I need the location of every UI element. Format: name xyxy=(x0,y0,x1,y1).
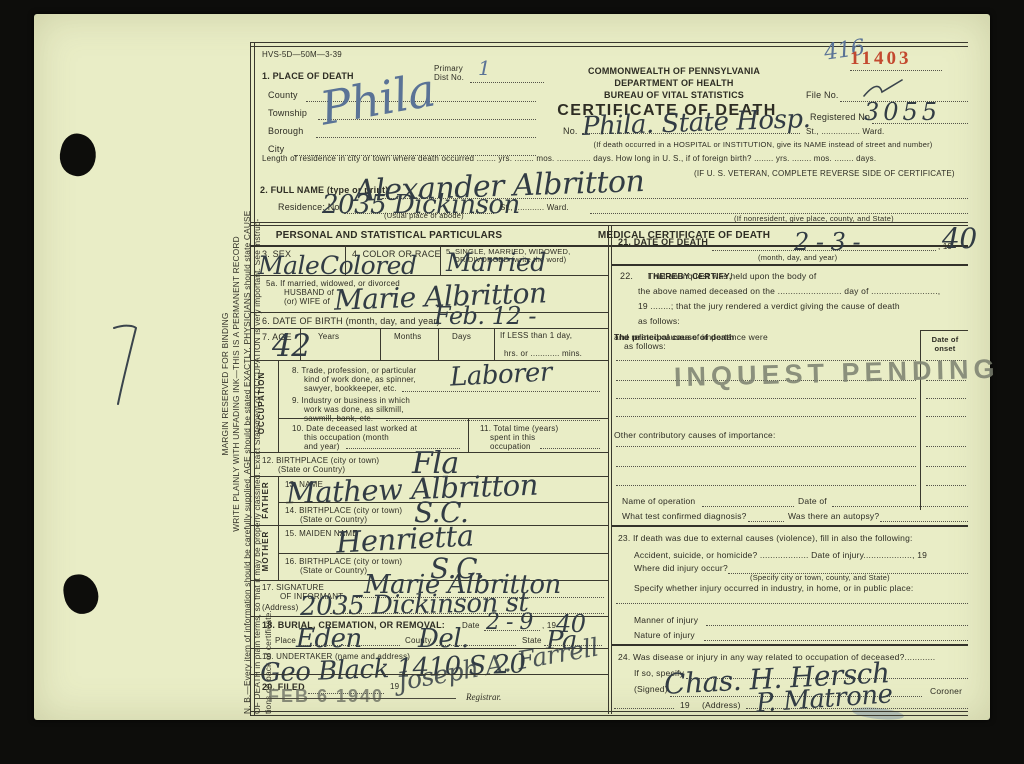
abode-note: (Usual place of abode) xyxy=(384,211,464,220)
rule xyxy=(470,82,544,83)
rule xyxy=(612,644,968,646)
primary-dist-label: Primary xyxy=(434,64,463,73)
margin-note-line: WRITE PLAINLY WITH UNFADING INK—THIS IS … xyxy=(231,54,242,714)
death-date-year-value: 40 xyxy=(942,222,977,255)
column-divider xyxy=(608,225,609,714)
rule xyxy=(278,476,279,525)
rule xyxy=(494,328,495,360)
age-years-value: 42 xyxy=(272,328,310,364)
rule xyxy=(438,328,439,360)
external-line3: Specify whether injury occurred in indus… xyxy=(634,583,914,593)
rule xyxy=(468,418,469,452)
father-birthplace-label2: (State or Country) xyxy=(300,515,367,524)
onset-label1: Date of xyxy=(922,335,968,344)
birthplace-label1: 12. BIRTHPLACE (city or town) xyxy=(262,456,379,465)
external-line1: Accident, suicide, or homicide? ........… xyxy=(634,550,927,560)
rule xyxy=(250,225,968,226)
registered-no-value: 3055 xyxy=(864,98,941,126)
rule xyxy=(616,398,916,399)
rule xyxy=(832,506,968,507)
total-time-label2: spent in this xyxy=(490,433,535,442)
certify-rest: That an inquest was held upon the body o… xyxy=(648,271,816,281)
contributory-label: Other contributory causes of importance: xyxy=(614,430,776,440)
margin-note-line: MARGIN RESERVED FOR BINDING xyxy=(220,54,231,714)
rule xyxy=(250,674,608,675)
mother-side-label: MOTHER xyxy=(261,526,270,576)
rule xyxy=(616,446,916,447)
rule xyxy=(436,645,516,646)
operation-name-label: Name of operation xyxy=(622,496,695,506)
spouse-label2: HUSBAND of xyxy=(284,288,334,297)
trade-label3: sawyer, bookkeeper, etc. xyxy=(304,384,397,393)
birth-date-label: 6. DATE OF BIRTH (month, day, and year) xyxy=(262,316,440,326)
nature-of-injury-label: Nature of injury xyxy=(634,630,695,640)
rule xyxy=(612,264,968,266)
file-no-label: File No. xyxy=(806,90,839,100)
township-label: Township xyxy=(268,108,307,118)
rule xyxy=(920,330,968,331)
rule xyxy=(926,485,966,486)
rule xyxy=(278,360,279,452)
signed-label: (Signed) xyxy=(634,684,668,694)
rule xyxy=(250,312,608,313)
rule xyxy=(250,42,251,715)
residence-st-ward-label: St., ............ Ward. xyxy=(500,203,569,212)
father-birthplace-label1: 14. BIRTHPLACE (city or town) xyxy=(285,506,402,515)
rule xyxy=(880,521,968,522)
manner-of-injury-label: Manner of injury xyxy=(634,615,698,625)
total-time-label3: occupation xyxy=(490,442,531,451)
borough-label: Borough xyxy=(268,126,303,136)
father-side-label: FATHER xyxy=(261,478,270,522)
burial-date-value: 2 - 9 xyxy=(486,610,533,635)
punch-hole-top xyxy=(55,130,100,179)
rule xyxy=(380,328,381,360)
rule xyxy=(926,398,966,399)
occupation-side-label: OCCUPATION xyxy=(257,360,266,446)
rule xyxy=(250,616,608,617)
father-name-value: Mathew Albritton xyxy=(285,468,538,511)
rule xyxy=(850,70,942,71)
age-days-label: Days xyxy=(452,332,471,341)
last-worked-label3: and year) xyxy=(304,442,340,451)
rule xyxy=(612,525,968,527)
rule xyxy=(616,603,968,604)
trade-label1: 8. Trade, profession, or particular xyxy=(292,366,416,375)
operation-date-label: Date of xyxy=(798,496,827,506)
certify-number: 22. xyxy=(620,271,633,281)
informant-address-label: (Address) xyxy=(262,603,298,612)
principal-cause-label2: as follows: xyxy=(624,341,666,351)
agency-line2: DEPARTMENT OF HEALTH xyxy=(554,78,794,88)
certify-line2: the above named deceased on the ........… xyxy=(638,286,940,296)
rule xyxy=(926,466,966,467)
rule xyxy=(702,506,794,507)
rule xyxy=(616,416,916,417)
stamped-certificate-number: 11403 xyxy=(850,48,911,70)
photographed-death-certificate: MARGIN RESERVED FOR BINDING WRITE PLAINL… xyxy=(0,0,1024,764)
burial-place-value: Eden xyxy=(296,624,362,654)
st-ward-label: St., ................ Ward. xyxy=(806,127,884,136)
age-years-label: Years xyxy=(318,332,339,341)
coroner-label: Coroner xyxy=(930,686,962,696)
burial-place-label: Place xyxy=(275,636,296,645)
rule xyxy=(704,640,968,641)
trade-value: Laborer xyxy=(449,357,552,392)
informant-label1: 17. SIGNATURE xyxy=(262,583,324,592)
residence-length-line: Length of residence in city or town wher… xyxy=(262,154,876,163)
autopsy-label: Was there an autopsy? xyxy=(788,511,879,521)
age-months-label: Months xyxy=(394,332,421,341)
handwritten-mark xyxy=(100,322,146,408)
coroner-address-label: (Address) xyxy=(702,700,741,710)
spouse-label3: (or) WIFE of xyxy=(284,297,330,306)
rule xyxy=(250,360,608,361)
agency-line3: BUREAU OF VITAL STATISTICS xyxy=(554,90,794,100)
external-line2-note: (Specify city or town, county, and State… xyxy=(750,573,890,582)
rule xyxy=(278,418,608,419)
rule xyxy=(746,708,968,709)
industry-label1: 9. Industry or business in which xyxy=(292,396,410,405)
registrar-label: Registrar. xyxy=(466,692,501,702)
punch-hole-bottom xyxy=(61,571,101,616)
burial-county-value: Del. xyxy=(418,624,469,654)
file-no-scribble xyxy=(860,76,906,100)
age-less-label: If LESS than 1 day, xyxy=(500,331,572,340)
trade-label2: kind of work done, as spinner, xyxy=(304,375,416,384)
rule xyxy=(926,416,966,417)
age-hrs-label: hrs. or ............ mins. xyxy=(504,349,582,358)
marital-value: Married xyxy=(446,248,546,277)
certify-line4: as follows: xyxy=(638,316,680,326)
hospital-note: (If death occurred in a HOSPITAL or INST… xyxy=(563,140,963,149)
onset-label2: onset xyxy=(922,344,968,353)
nonresident-note: (If nonresident, give place, county, and… xyxy=(734,214,894,223)
form-code: HVS-5D—50M—3-39 xyxy=(262,50,342,59)
industry-label2: work was done, as silkmill, xyxy=(304,405,404,414)
filed-year-printed: 19 xyxy=(390,682,399,691)
birth-date-value: Feb. 12 - xyxy=(434,302,536,330)
rule xyxy=(926,446,966,447)
rule xyxy=(254,42,255,715)
birthplace-label2: (State or Country) xyxy=(278,465,345,474)
rule xyxy=(386,420,600,421)
agency-line1: COMMONWEALTH OF PENNSYLVANIA xyxy=(554,66,794,76)
left-column-header: PERSONAL AND STATISTICAL PARTICULARS xyxy=(274,230,504,241)
external-line2: Where did injury occur? xyxy=(634,563,728,573)
mother-birthplace-label1: 16. BIRTHPLACE (city or town) xyxy=(285,557,402,566)
rule xyxy=(402,391,600,392)
mother-birthplace-label2: (State or Country) xyxy=(300,566,367,575)
death-date-label: 21. DATE OF DEATH xyxy=(618,237,708,247)
city-label: City xyxy=(268,144,284,154)
rule xyxy=(250,245,968,247)
filed-date-stamp: FEB 6 1940 xyxy=(268,686,384,707)
rule xyxy=(316,137,536,138)
rule xyxy=(616,466,916,467)
external-causes-label: 23. If death was due to external causes … xyxy=(618,533,913,543)
rule xyxy=(250,275,608,276)
column-divider xyxy=(611,225,612,714)
death-date-value: 2 - 3 - xyxy=(794,228,860,256)
rule xyxy=(706,625,968,626)
coroner-year-printed: 19 xyxy=(680,700,690,710)
rule xyxy=(256,698,456,699)
county-label: County xyxy=(268,90,298,100)
last-worked-label1: 10. Date deceased last worked at xyxy=(292,424,417,433)
rule xyxy=(540,448,600,449)
rule xyxy=(614,708,674,709)
rule xyxy=(616,485,916,486)
diagnosis-test-label: What test confirmed diagnosis? xyxy=(622,511,747,521)
certificate-paper: MARGIN RESERVED FOR BINDING WRITE PLAINL… xyxy=(34,14,990,720)
certify-line3: 19 ........; that the jury rendered a ve… xyxy=(638,301,900,311)
total-time-label1: 11. Total time (years) xyxy=(480,424,558,433)
primary-dist-label2: Dist No. xyxy=(434,73,464,82)
rule xyxy=(250,715,968,716)
primary-dist-value: 1 xyxy=(478,56,490,80)
rule xyxy=(748,521,784,522)
last-worked-label2: this occupation (month xyxy=(304,433,389,442)
rule xyxy=(300,645,400,646)
veteran-note: (IF U. S. VETERAN, COMPLETE REVERSE SIDE… xyxy=(694,169,955,178)
institution-no-label: No. xyxy=(563,126,578,136)
